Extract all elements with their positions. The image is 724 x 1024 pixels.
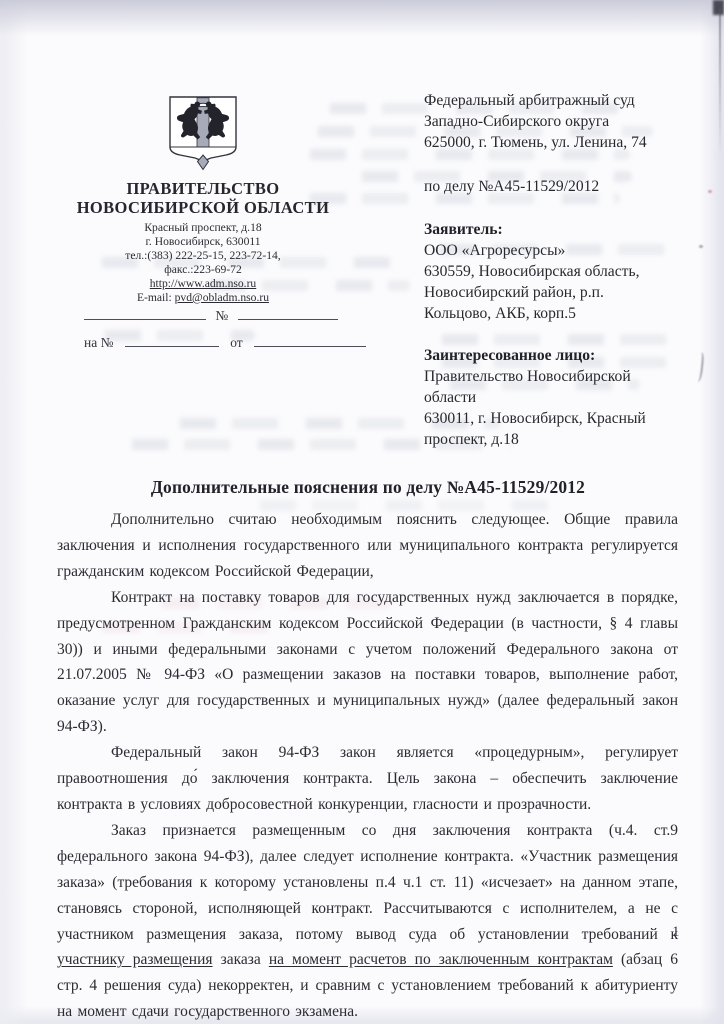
scanned-document-page: ПРАВИТЕЛЬСТВО НОВОСИБИРСКОЙ ОБЛАСТИ Крас… — [0, 0, 724, 1024]
court-line: Западно-Сибирского округа — [424, 111, 720, 132]
body-text: Дополнительно считаю необходимым пояснит… — [57, 511, 678, 580]
bleed-through-artifact — [432, 334, 687, 345]
body-text: Федеральный закон 94-ФЗ закон является «… — [57, 744, 678, 813]
document-body: Дополнительно считаю необходимым пояснит… — [57, 507, 678, 1024]
ref-from-label: от — [230, 335, 242, 350]
email-label: E-mail: — [137, 291, 175, 304]
org-name-line1: ПРАВИТЕЛЬСТВО — [58, 179, 348, 198]
org-email-link: pvd@obladm.nso.ru — [175, 291, 269, 304]
case-number-line: по делу №А45-11529/2012 — [424, 176, 720, 197]
body-text: Заказ признается размещенным со дня закл… — [57, 822, 678, 943]
applicant-label: Заявитель: — [424, 219, 720, 240]
ref-on-label: на № — [84, 335, 113, 350]
court-line: 625000, г. Тюмень, ул. Ленина, 74 — [424, 132, 720, 153]
ref-blank-line — [125, 333, 219, 347]
interested-party-line: Правительство Новосибирской — [424, 366, 720, 387]
body-paragraph: Заказ признается размещенным со дня закл… — [57, 818, 678, 1024]
court-line: Федеральный арбитражный суд — [424, 90, 720, 111]
interested-party-block: Заинтересованное лицо: Правительство Нов… — [424, 345, 720, 450]
document-title: Дополнительные пояснения по делу №А45-11… — [57, 477, 679, 498]
ref-number-label: № — [215, 308, 228, 323]
org-address-line: Красный проспект, д.18 — [58, 221, 348, 235]
applicant-line: Новосибирский район, р.п. — [424, 282, 720, 303]
applicant-block: Заявитель: ООО «Агроресурсы» 630559, Нов… — [424, 219, 720, 324]
interested-party-line: проспект, д.18 — [424, 429, 720, 450]
body-text: заказа — [213, 951, 269, 968]
body-paragraph: Дополнительно считаю необходимым пояснит… — [57, 507, 678, 585]
applicant-line: ООО «Агроресурсы» — [424, 240, 720, 261]
interested-party-line: 630011, г. Новосибирск, Красный — [424, 408, 720, 429]
ref-number-row: № — [84, 306, 338, 324]
body-paragraph: Контракт на поставку товаров для государ… — [57, 585, 678, 740]
org-address-line: г. Новосибирск, 630011 — [58, 235, 348, 249]
body-paragraph: Федеральный закон 94-ФЗ закон является «… — [57, 740, 678, 818]
page-number: 1 — [672, 924, 680, 941]
applicant-line: 630559, Новосибирская область, — [424, 261, 720, 282]
org-address-line: факс.:223-69-72 — [58, 263, 348, 277]
org-website-link: http://www.adm.nso.ru — [58, 277, 348, 291]
ref-blank-line — [84, 306, 206, 320]
org-email-line: E-mail: pvd@obladm.nso.ru — [58, 291, 348, 305]
body-text: Контракт на поставку товаров для государ… — [57, 589, 678, 736]
interested-party-line: области — [424, 387, 720, 408]
ref-incoming-row: на № от — [84, 333, 366, 351]
underlined-text: на момент расчетов по заключенным контра… — [269, 951, 613, 968]
applicant-line: Кольцово, АКБ, корп.5 — [424, 303, 720, 324]
ref-blank-line — [254, 333, 366, 347]
court-address-block: Федеральный арбитражный суд Западно-Сиби… — [424, 90, 720, 153]
org-address-line: тел.:(383) 222-25-15, 223-72-14, — [58, 249, 348, 263]
novosibirsk-coat-of-arms-icon — [167, 95, 239, 175]
interested-party-label: Заинтересованное лицо: — [424, 345, 720, 366]
letterhead-block: ПРАВИТЕЛЬСТВО НОВОСИБИРСКОЙ ОБЛАСТИ Крас… — [58, 95, 348, 305]
org-name-line2: НОВОСИБИРСКОЙ ОБЛАСТИ — [58, 198, 348, 217]
underlined-text: участнику размещения — [57, 951, 213, 968]
ref-blank-line — [238, 306, 338, 320]
org-address: Красный проспект, д.18 г. Новосибирск, 6… — [58, 221, 348, 305]
